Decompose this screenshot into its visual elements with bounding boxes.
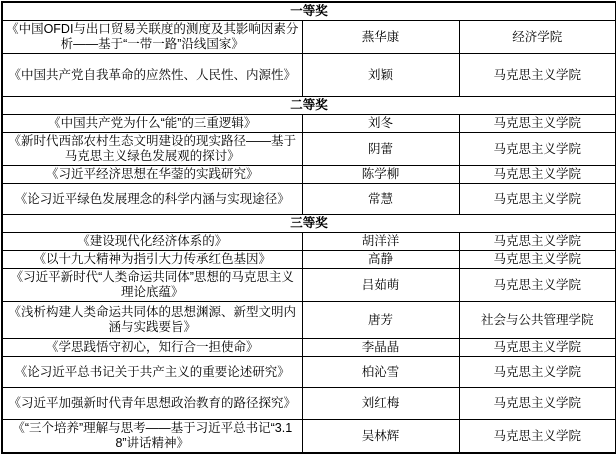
section-header-label: 三等奖 [2, 215, 616, 233]
winner-name-cell: 刘红梅 [302, 388, 459, 420]
award-title-cell: 《中国共产党自我革命的应然性、人民性、内源性》 [2, 54, 302, 97]
college-cell: 马克思主义学院 [459, 54, 616, 97]
award-title-cell: 《中国OFDI与出口贸易关联度的测度及其影响因素分析——基于“一带一路”沿线国家… [2, 21, 302, 54]
winner-name-cell: 刘颖 [302, 54, 459, 97]
section-header-label: 二等奖 [2, 97, 616, 115]
award-row: 《新时代西部农村生态文明建设的现实路径——基于马克思主义绿色发展观的探讨》 阴蕾… [2, 133, 616, 166]
award-row: 《以十九大精神为指引大力传承红色基因》 高静 马克思主义学院 [2, 251, 616, 269]
college-cell: 马克思主义学院 [459, 269, 616, 302]
award-row: 《习近平经济思想在华蓥的实践研究》 陈学柳 马克思主义学院 [2, 166, 616, 184]
college-cell: 马克思主义学院 [459, 357, 616, 388]
section-header-label: 一等奖 [2, 2, 616, 21]
college-cell: 马克思主义学院 [459, 251, 616, 269]
winner-name-cell: 燕华康 [302, 21, 459, 54]
winner-name-cell: 刘冬 [302, 115, 459, 133]
award-row: 《中国共产党自我革命的应然性、人民性、内源性》 刘颖 马克思主义学院 [2, 54, 616, 97]
winner-name-cell: 阴蕾 [302, 133, 459, 166]
college-cell: 马克思主义学院 [459, 133, 616, 166]
award-title-cell: 《建设现代化经济体系的》 [2, 233, 302, 251]
winner-name-cell: 常慧 [302, 184, 459, 215]
college-cell: 经济学院 [459, 21, 616, 54]
winner-name-cell: 柏沁雪 [302, 357, 459, 388]
college-cell: 马克思主义学院 [459, 233, 616, 251]
award-title-cell: 《学思践悟守初心，知行合一担使命》 [2, 339, 302, 357]
award-row: 《论习近平绿色发展理念的科学内涵与实现途径》 常慧 马克思主义学院 [2, 184, 616, 215]
award-title-cell: 《中国共产党为什么“能”的三重逻辑》 [2, 115, 302, 133]
college-cell: 马克思主义学院 [459, 388, 616, 420]
award-title-cell: 《论习近平总书记关于共产主义的重要论述研究》 [2, 357, 302, 388]
winner-name-cell: 高静 [302, 251, 459, 269]
award-row: 《中国共产党为什么“能”的三重逻辑》 刘冬 马克思主义学院 [2, 115, 616, 133]
award-row: 《学思践悟守初心，知行合一担使命》 李晶晶 马克思主义学院 [2, 339, 616, 357]
award-title-cell: 《以十九大精神为指引大力传承红色基因》 [2, 251, 302, 269]
winner-name-cell: 陈学柳 [302, 166, 459, 184]
award-title-cell: 《浅析构建人类命运共同体的思想渊源、新型文明内涵与实践要旨》 [2, 302, 302, 339]
winner-name-cell: 李晶晶 [302, 339, 459, 357]
award-table-body: 一等奖 《中国OFDI与出口贸易关联度的测度及其影响因素分析——基于“一带一路”… [2, 2, 616, 453]
college-cell: 马克思主义学院 [459, 184, 616, 215]
award-title-cell: 《新时代西部农村生态文明建设的现实路径——基于马克思主义绿色发展观的探讨》 [2, 133, 302, 166]
award-title-cell: 《习近平新时代“人类命运共同体”思想的马克思主义理论底蕴》 [2, 269, 302, 302]
award-row: 《建设现代化经济体系的》 胡洋洋 马克思主义学院 [2, 233, 616, 251]
award-table: 一等奖 《中国OFDI与出口贸易关联度的测度及其影响因素分析——基于“一带一路”… [1, 1, 616, 454]
document-page: 一等奖 《中国OFDI与出口贸易关联度的测度及其影响因素分析——基于“一带一路”… [0, 0, 616, 448]
section-header-row: 二等奖 [2, 97, 616, 115]
award-row: 《中国OFDI与出口贸易关联度的测度及其影响因素分析——基于“一带一路”沿线国家… [2, 21, 616, 54]
award-title-cell: 《习近平经济思想在华蓥的实践研究》 [2, 166, 302, 184]
award-row: 《浅析构建人类命运共同体的思想渊源、新型文明内涵与实践要旨》 唐芳 社会与公共管… [2, 302, 616, 339]
college-cell: 马克思主义学院 [459, 166, 616, 184]
award-row: 《论习近平总书记关于共产主义的重要论述研究》 柏沁雪 马克思主义学院 [2, 357, 616, 388]
college-cell: 社会与公共管理学院 [459, 302, 616, 339]
award-title-cell: 《论习近平绿色发展理念的科学内涵与实现途径》 [2, 184, 302, 215]
winner-name-cell: 吕茹萌 [302, 269, 459, 302]
section-header-row: 三等奖 [2, 215, 616, 233]
award-row: 《习近平新时代“人类命运共同体”思想的马克思主义理论底蕴》 吕茹萌 马克思主义学… [2, 269, 616, 302]
section-header-row: 一等奖 [2, 2, 616, 21]
winner-name-cell: 唐芳 [302, 302, 459, 339]
winner-name-cell: 胡洋洋 [302, 233, 459, 251]
college-cell: 马克思主义学院 [459, 115, 616, 133]
college-cell: 马克思主义学院 [459, 339, 616, 357]
award-title-cell: 《习近平加强新时代青年思想政治教育的路径探究》 [2, 388, 302, 420]
award-row: 《习近平加强新时代青年思想政治教育的路径探究》 刘红梅 马克思主义学院 [2, 388, 616, 420]
